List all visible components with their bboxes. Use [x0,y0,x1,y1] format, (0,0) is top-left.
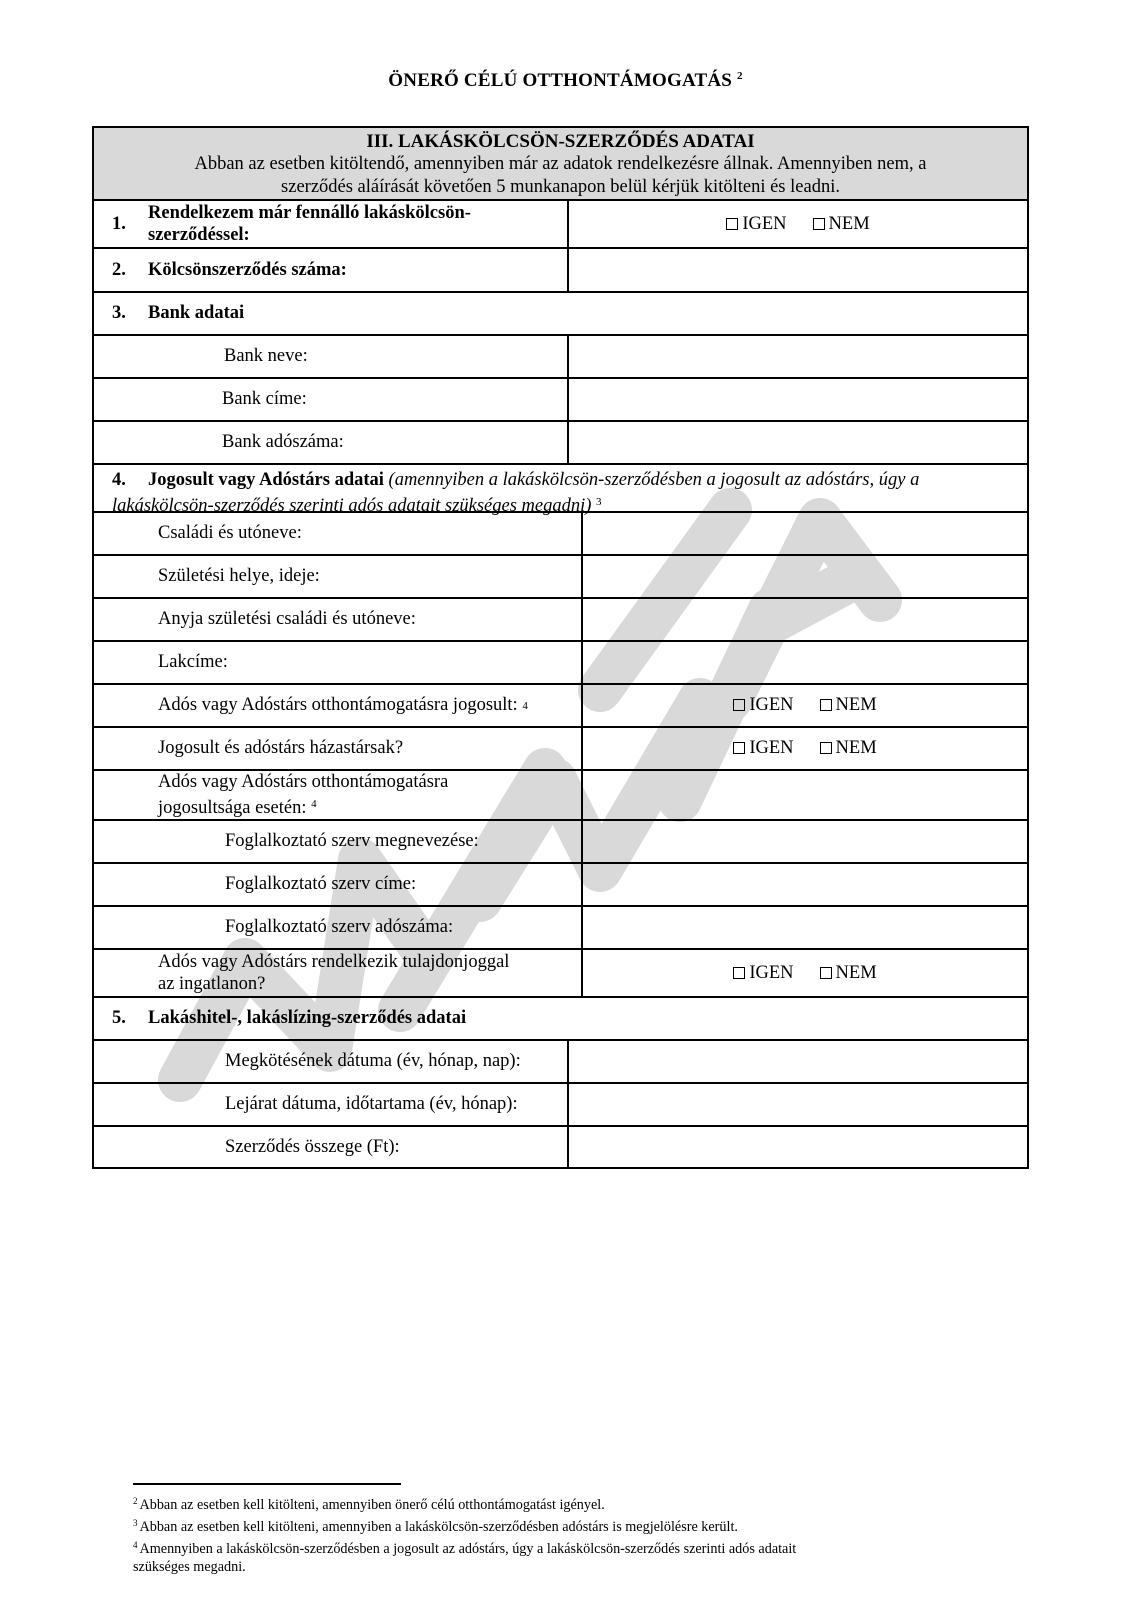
existing-loan-choice: IGEN NEM [567,201,1027,247]
row-employer-name: Foglalkoztató szerv megnevezése: [94,819,1027,862]
instruction-line-2: szerződés aláírását követően 5 munkanapo… [102,176,1019,199]
checkbox-icon[interactable] [733,742,745,754]
row-bank-address: Bank címe: [94,377,1027,420]
bank-address-field[interactable] [567,379,1027,420]
family-name-field[interactable] [581,513,1027,554]
checkbox-icon[interactable] [820,967,832,979]
footnote-ref: 2 [737,70,743,82]
birth-field[interactable] [581,556,1027,597]
address-field[interactable] [581,642,1027,683]
row-existing-loan: 1. Rendelkezem már fennálló lakáskölcsön… [94,199,1027,247]
option-yes[interactable]: IGEN [733,695,793,716]
checkbox-icon[interactable] [820,699,832,711]
row-employer-tax: Foglalkoztató szerv adószáma: [94,905,1027,948]
checkbox-icon[interactable] [733,699,745,711]
employer-name-field[interactable] [581,821,1027,862]
bank-tax-field[interactable] [567,422,1027,463]
row-employer-address: Foglalkoztató szerv címe: [94,862,1027,905]
section-title: III. LAKÁSKÖLCSÖN-SZERZŐDÉS ADATAI [102,130,1019,153]
option-yes[interactable]: IGEN [733,738,793,759]
checkbox-icon[interactable] [813,218,825,230]
amount-field[interactable] [567,1127,1027,1167]
row-spouses: Jogosult és adóstárs házastársak? IGEN N… [94,726,1027,769]
expiry-field[interactable] [567,1084,1027,1125]
employer-address-field[interactable] [581,864,1027,905]
footnote-separator [133,1483,401,1485]
bank-name-field[interactable] [567,336,1027,377]
row-address: Lakcíme: [94,640,1027,683]
mother-name-field[interactable] [581,599,1027,640]
row-expiry: Lejárat dátuma, időtartama (év, hónap): [94,1082,1027,1125]
row-birth: Születési helye, ideje: [94,554,1027,597]
row-eligible: Adós vagy Adóstárs otthontámogatásra jog… [94,683,1027,726]
page-title: ÖNERŐ CÉLÚ OTTHONTÁMOGATÁS 2 [0,70,1131,92]
spouses-choice: IGEN NEM [581,728,1027,769]
row-amount: Szerződés összege (Ft): [94,1125,1027,1167]
row-mortgage-section: 5. Lakáshitel-, lakáslízing-szerződés ad… [94,996,1027,1039]
row-contract-date: Megkötésének dátuma (év, hónap, nap): [94,1039,1027,1082]
option-no[interactable]: NEM [813,214,870,235]
loan-contract-form: III. LAKÁSKÖLCSÖN-SZERZŐDÉS ADATAI Abban… [92,126,1029,1169]
row-ownership: Adós vagy Adóstárs rendelkezik tulajdonj… [94,948,1027,996]
row-family-name: Családi és utóneve: [94,511,1027,554]
existing-loan-label: Rendelkezem már fennálló lakáskölcsön- s… [148,202,471,246]
footnotes: 2Abban az esetben kell kitölteni, amenny… [133,1492,953,1576]
contract-date-field[interactable] [567,1041,1027,1082]
row-mother-name: Anyja születési családi és utóneve: [94,597,1027,640]
contract-number-field[interactable] [567,249,1027,291]
footnote: szükséges megadni. [133,1558,953,1576]
option-yes[interactable]: IGEN [726,214,786,235]
option-no[interactable]: NEM [820,963,877,984]
ownership-choice: IGEN NEM [581,950,1027,996]
row-bank-tax: Bank adószáma: [94,420,1027,463]
checkbox-icon[interactable] [820,742,832,754]
footnote: 2Abban az esetben kell kitölteni, amenny… [133,1492,953,1514]
employer-tax-field[interactable] [581,907,1027,948]
option-yes[interactable]: IGEN [733,963,793,984]
option-no[interactable]: NEM [820,738,877,759]
row-co-debtor-section: 4.Jogosult vagy Adóstárs adatai (amennyi… [94,463,1027,511]
row-bank-name: Bank neve: [94,334,1027,377]
instruction-line-1: Abban az esetben kitöltendő, amennyiben … [102,153,1019,176]
row-bank-section: 3. Bank adatai [94,291,1027,334]
footnote: 3Abban az esetben kell kitölteni, amenny… [133,1514,953,1536]
checkbox-icon[interactable] [733,967,745,979]
checkbox-icon[interactable] [726,218,738,230]
row-if-eligible: Adós vagy Adóstárs otthontámogatásra jog… [94,769,1027,819]
eligible-choice: IGEN NEM [581,685,1027,726]
row-contract-number: 2. Kölcsönszerződés száma: [94,247,1027,291]
section-header: III. LAKÁSKÖLCSÖN-SZERZŐDÉS ADATAI Abban… [94,128,1027,199]
footnote: 4Amennyiben a lakáskölcsön-szerződésben … [133,1536,953,1558]
option-no[interactable]: NEM [820,695,877,716]
